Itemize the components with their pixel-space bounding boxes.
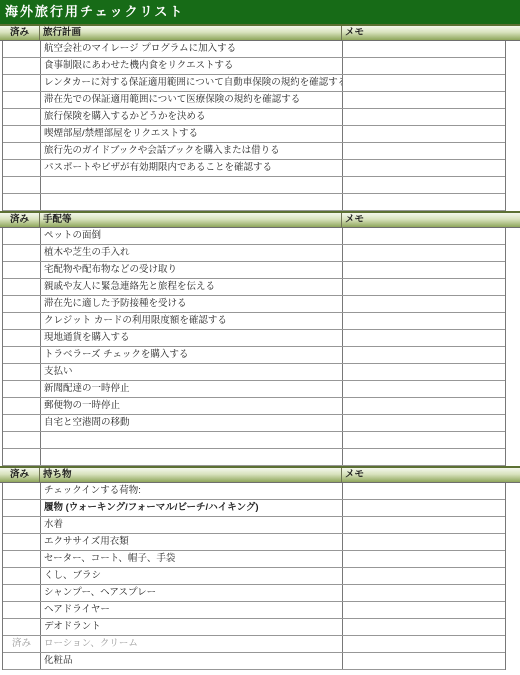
row-item-cell[interactable]: 化粧品 xyxy=(41,653,343,669)
row-item-cell[interactable]: 新聞配達の一時停止 xyxy=(41,381,343,397)
table-row xyxy=(3,432,505,449)
row-done-cell[interactable] xyxy=(3,313,41,329)
table-row: トラベラーズ チェックを購入する xyxy=(3,347,505,364)
row-memo-cell[interactable] xyxy=(343,92,505,108)
row-memo-cell[interactable] xyxy=(343,126,505,142)
row-done-cell[interactable] xyxy=(3,500,41,516)
row-done-cell[interactable] xyxy=(3,330,41,346)
row-done-cell[interactable] xyxy=(3,279,41,295)
row-memo-cell[interactable] xyxy=(343,228,505,244)
table-row: 植木や芝生の手入れ xyxy=(3,245,505,262)
row-memo-cell[interactable] xyxy=(343,636,505,652)
row-memo-cell[interactable] xyxy=(343,398,505,414)
page-title: 海外旅行用チェックリスト xyxy=(5,4,184,19)
row-done-cell[interactable] xyxy=(3,92,41,108)
row-done-cell[interactable] xyxy=(3,41,41,57)
row-memo-cell[interactable] xyxy=(343,75,505,91)
row-memo-cell[interactable] xyxy=(343,279,505,295)
table-row: 親戚や友人に緊急連絡先と旅程を伝える xyxy=(3,279,505,296)
row-done-cell[interactable] xyxy=(3,177,41,193)
row-done-cell[interactable] xyxy=(3,602,41,618)
section-title: 旅行計画 xyxy=(40,26,342,40)
table-row: ヘアドライヤー xyxy=(3,602,505,619)
table-row: 自宅と空港間の移動 xyxy=(3,415,505,432)
table-row: シャンプー、ヘアスプレー xyxy=(3,585,505,602)
row-done-cell[interactable] xyxy=(3,262,41,278)
title-bar: 海外旅行用チェックリスト xyxy=(0,0,520,24)
row-memo-cell[interactable] xyxy=(343,500,505,516)
row-done-cell[interactable] xyxy=(3,347,41,363)
row-memo-cell[interactable] xyxy=(343,347,505,363)
section-rows: チェックインする荷物: 履物 (ウォーキング/フォーマル/ビーチ/ハイキング) … xyxy=(2,483,506,670)
row-done-cell[interactable] xyxy=(3,228,41,244)
table-row: デオドラント xyxy=(3,619,505,636)
row-memo-cell[interactable] xyxy=(343,194,505,210)
row-done-cell[interactable] xyxy=(3,194,41,210)
row-memo-cell[interactable] xyxy=(343,109,505,125)
row-item-cell[interactable]: 郵便物の一時停止 xyxy=(41,398,343,414)
row-done-cell[interactable] xyxy=(3,619,41,635)
row-item-cell[interactable]: 宅配物や配布物などの受け取り xyxy=(41,262,343,278)
row-item-cell[interactable] xyxy=(41,177,343,193)
row-memo-cell[interactable] xyxy=(343,262,505,278)
table-row: 水着 xyxy=(3,517,505,534)
row-item-cell[interactable]: 滞在先での保証適用範囲について医療保険の規約を確認する xyxy=(41,92,343,108)
row-memo-cell[interactable] xyxy=(343,177,505,193)
row-memo-cell[interactable] xyxy=(343,58,505,74)
table-row: 現地通貨を購入する xyxy=(3,330,505,347)
memo-column-header: メモ xyxy=(342,213,520,227)
row-item-cell[interactable]: エクササイズ用衣類 xyxy=(41,534,343,550)
row-memo-cell[interactable] xyxy=(343,364,505,380)
table-row: 支払い xyxy=(3,364,505,381)
checklist-section: 済み 手配等 メモ ペットの面倒 植木や芝生の手入れ 宅配物や配布物などの受け取… xyxy=(0,211,520,466)
done-column-header: 済み xyxy=(0,213,40,227)
table-row xyxy=(3,177,505,194)
row-item-cell[interactable]: レンタカーに対する保証適用範囲について自動車保険の規約を確認する xyxy=(41,75,343,91)
memo-column-header: メモ xyxy=(342,468,520,482)
table-row: 喫煙部屋/禁煙部屋をリクエストする xyxy=(3,126,505,143)
row-memo-cell[interactable] xyxy=(343,415,505,431)
row-item-cell[interactable]: 滞在先に適した予防接種を受ける xyxy=(41,296,343,312)
row-item-cell[interactable]: 支払い xyxy=(41,364,343,380)
checklist-section: 済み 旅行計画 メモ 航空会社のマイレージ プログラムに加入する 食事制限にあわ… xyxy=(0,24,520,211)
table-row: チェックインする荷物: xyxy=(3,483,505,500)
row-done-cell[interactable] xyxy=(3,585,41,601)
row-item-cell[interactable] xyxy=(41,432,343,448)
table-row: クレジット カードの利用限度額を確認する xyxy=(3,313,505,330)
row-done-cell[interactable] xyxy=(3,245,41,261)
table-row: 滞在先での保証適用範囲について医療保険の規約を確認する xyxy=(3,92,505,109)
row-memo-cell[interactable] xyxy=(343,483,505,499)
section-title: 持ち物 xyxy=(40,468,342,482)
row-memo-cell[interactable] xyxy=(343,534,505,550)
table-row: 旅行先のガイドブックや会話ブックを購入または借りる xyxy=(3,143,505,160)
section-rows: 航空会社のマイレージ プログラムに加入する 食事制限にあわせた機内食をリクエスト… xyxy=(2,41,506,211)
table-row: 済み ローション、クリーム xyxy=(3,636,505,653)
row-done-cell[interactable]: 済み xyxy=(3,636,41,652)
row-memo-cell[interactable] xyxy=(343,296,505,312)
table-row: 新聞配達の一時停止 xyxy=(3,381,505,398)
row-done-cell[interactable] xyxy=(3,551,41,567)
table-row xyxy=(3,449,505,466)
table-row: セーター、コート、帽子、手袋 xyxy=(3,551,505,568)
row-done-cell[interactable] xyxy=(3,432,41,448)
row-item-cell[interactable] xyxy=(41,449,343,465)
row-memo-cell[interactable] xyxy=(343,568,505,584)
row-done-cell[interactable] xyxy=(3,109,41,125)
row-item-cell[interactable]: トラベラーズ チェックを購入する xyxy=(41,347,343,363)
row-item-cell[interactable]: シャンプー、ヘアスプレー xyxy=(41,585,343,601)
table-row: 旅行保険を購入するかどうかを決める xyxy=(3,109,505,126)
row-memo-cell[interactable] xyxy=(343,653,505,669)
row-done-cell[interactable] xyxy=(3,160,41,176)
row-memo-cell[interactable] xyxy=(343,602,505,618)
section-header: 済み 手配等 メモ xyxy=(0,211,520,228)
checklist-section: 済み 持ち物 メモ チェックインする荷物: 履物 (ウォーキング/フォーマル/ビ… xyxy=(0,466,520,670)
row-done-cell[interactable] xyxy=(3,653,41,669)
section-header: 済み 持ち物 メモ xyxy=(0,466,520,483)
table-row: 化粧品 xyxy=(3,653,505,670)
row-item-cell[interactable]: セーター、コート、帽子、手袋 xyxy=(41,551,343,567)
row-done-cell[interactable] xyxy=(3,143,41,159)
table-row: くし、ブラシ xyxy=(3,568,505,585)
row-item-cell[interactable]: デオドラント xyxy=(41,619,343,635)
row-done-cell[interactable] xyxy=(3,449,41,465)
row-memo-cell[interactable] xyxy=(343,619,505,635)
row-item-cell[interactable]: 喫煙部屋/禁煙部屋をリクエストする xyxy=(41,126,343,142)
row-item-cell[interactable]: 水着 xyxy=(41,517,343,533)
row-memo-cell[interactable] xyxy=(343,160,505,176)
row-memo-cell[interactable] xyxy=(343,585,505,601)
table-row: 履物 (ウォーキング/フォーマル/ビーチ/ハイキング) xyxy=(3,500,505,517)
done-column-header: 済み xyxy=(0,26,40,40)
row-done-cell[interactable] xyxy=(3,58,41,74)
row-done-cell[interactable] xyxy=(3,483,41,499)
row-memo-cell[interactable] xyxy=(343,41,505,57)
row-done-cell[interactable] xyxy=(3,296,41,312)
row-memo-cell[interactable] xyxy=(343,551,505,567)
row-item-cell[interactable]: 現地通貨を購入する xyxy=(41,330,343,346)
row-done-cell[interactable] xyxy=(3,415,41,431)
table-row: 郵便物の一時停止 xyxy=(3,398,505,415)
row-item-cell[interactable]: クレジット カードの利用限度額を確認する xyxy=(41,313,343,329)
row-done-cell[interactable] xyxy=(3,398,41,414)
row-memo-cell[interactable] xyxy=(343,381,505,397)
row-memo-cell[interactable] xyxy=(343,143,505,159)
row-item-cell[interactable]: ヘアドライヤー xyxy=(41,602,343,618)
section-title: 手配等 xyxy=(40,213,342,227)
row-done-cell[interactable] xyxy=(3,534,41,550)
row-item-cell[interactable]: パスポートやビザが有効期限内であることを確認する xyxy=(41,160,343,176)
table-row: 滞在先に適した予防接種を受ける xyxy=(3,296,505,313)
section-rows: ペットの面倒 植木や芝生の手入れ 宅配物や配布物などの受け取り 親戚や友人に緊急… xyxy=(2,228,506,466)
table-row: レンタカーに対する保証適用範囲について自動車保険の規約を確認する xyxy=(3,75,505,92)
table-row: パスポートやビザが有効期限内であることを確認する xyxy=(3,160,505,177)
row-done-cell[interactable] xyxy=(3,517,41,533)
row-item-cell[interactable] xyxy=(41,194,343,210)
row-item-cell[interactable]: ローション、クリーム xyxy=(41,636,343,652)
table-row: 宅配物や配布物などの受け取り xyxy=(3,262,505,279)
row-item-cell[interactable]: 食事制限にあわせた機内食をリクエストする xyxy=(41,58,343,74)
row-memo-cell[interactable] xyxy=(343,432,505,448)
row-item-cell[interactable]: 植木や芝生の手入れ xyxy=(41,245,343,261)
row-item-cell[interactable]: 自宅と空港間の移動 xyxy=(41,415,343,431)
table-row: 航空会社のマイレージ プログラムに加入する xyxy=(3,41,505,58)
row-item-cell[interactable]: 航空会社のマイレージ プログラムに加入する xyxy=(41,41,343,57)
row-done-cell[interactable] xyxy=(3,364,41,380)
done-column-header: 済み xyxy=(0,468,40,482)
row-memo-cell[interactable] xyxy=(343,313,505,329)
row-item-cell[interactable]: 履物 (ウォーキング/フォーマル/ビーチ/ハイキング) xyxy=(41,500,343,516)
table-row xyxy=(3,194,505,211)
row-item-cell[interactable]: 旅行保険を購入するかどうかを決める xyxy=(41,109,343,125)
checklist-body: 済み 旅行計画 メモ 航空会社のマイレージ プログラムに加入する 食事制限にあわ… xyxy=(0,24,520,670)
row-memo-cell[interactable] xyxy=(343,449,505,465)
row-memo-cell[interactable] xyxy=(343,517,505,533)
row-item-cell[interactable]: くし、ブラシ xyxy=(41,568,343,584)
row-memo-cell[interactable] xyxy=(343,245,505,261)
table-row: 食事制限にあわせた機内食をリクエストする xyxy=(3,58,505,75)
row-item-cell[interactable]: チェックインする荷物: xyxy=(41,483,343,499)
row-done-cell[interactable] xyxy=(3,568,41,584)
row-item-cell[interactable]: ペットの面倒 xyxy=(41,228,343,244)
row-item-cell[interactable]: 親戚や友人に緊急連絡先と旅程を伝える xyxy=(41,279,343,295)
row-done-cell[interactable] xyxy=(3,75,41,91)
row-done-cell[interactable] xyxy=(3,381,41,397)
row-item-cell[interactable]: 旅行先のガイドブックや会話ブックを購入または借りる xyxy=(41,143,343,159)
table-row: ペットの面倒 xyxy=(3,228,505,245)
row-memo-cell[interactable] xyxy=(343,330,505,346)
memo-column-header: メモ xyxy=(342,26,520,40)
row-done-cell[interactable] xyxy=(3,126,41,142)
table-row: エクササイズ用衣類 xyxy=(3,534,505,551)
section-header: 済み 旅行計画 メモ xyxy=(0,24,520,41)
